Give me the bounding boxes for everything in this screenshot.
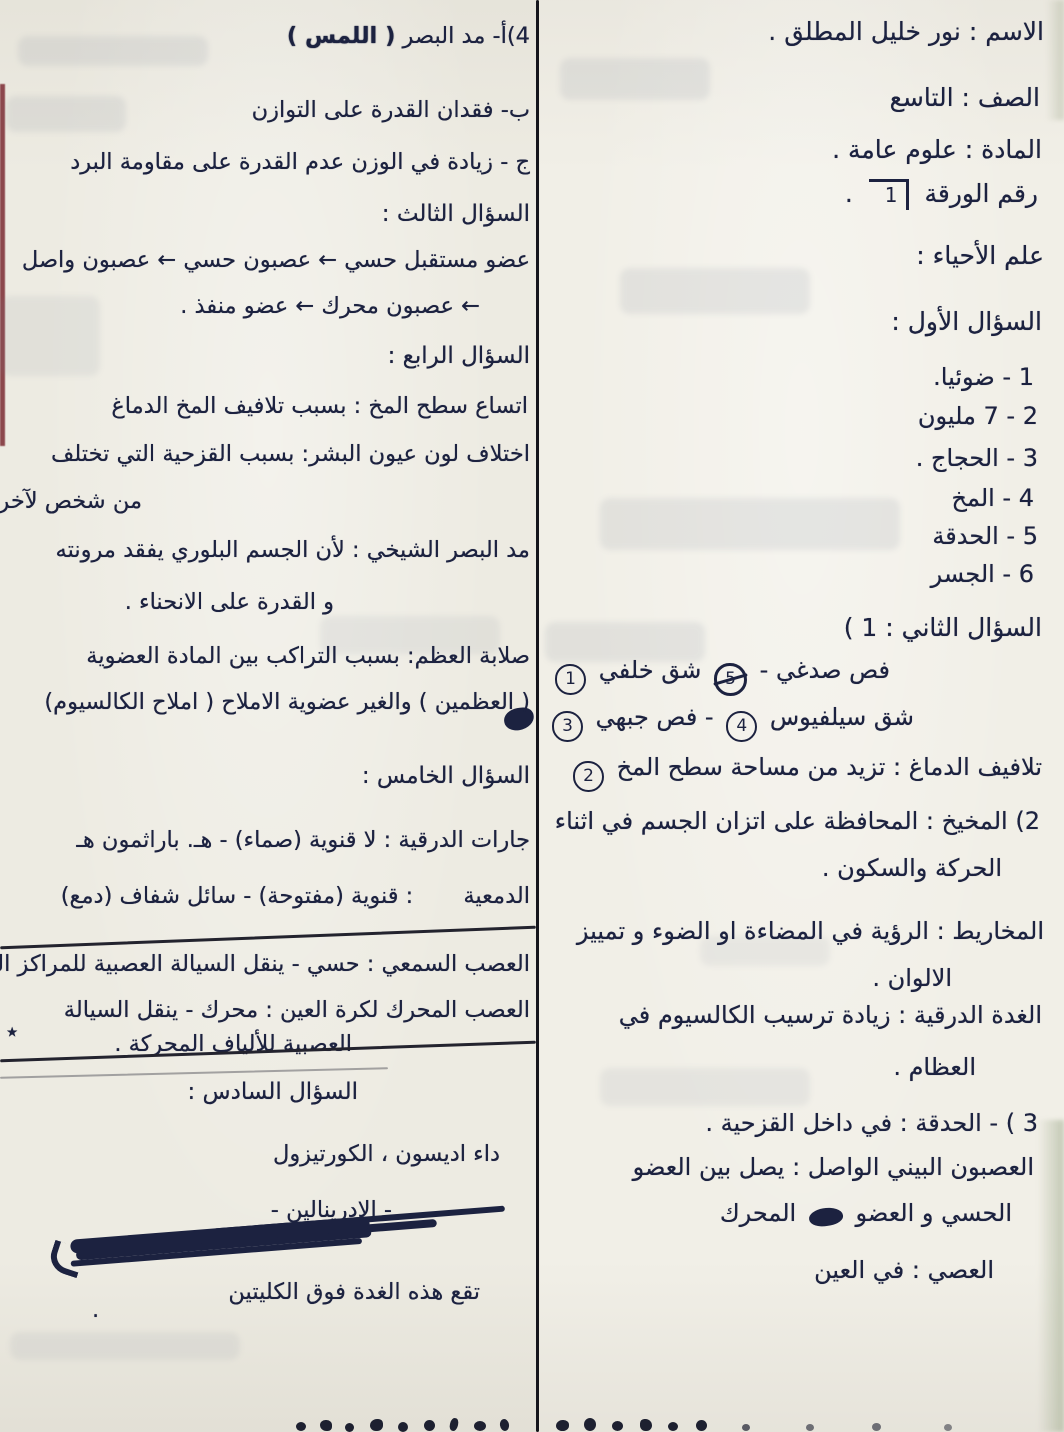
eye-color-answer-line-2: من شخص لآخر . [0, 487, 142, 515]
interneuron-answer-line-2: الحسي و العضو المحرك [720, 1198, 1012, 1228]
cut-off-glyph-fragment [742, 1424, 750, 1431]
cut-off-glyph-fragment [944, 1424, 952, 1431]
photo-shadow-bottom-right [1038, 1120, 1064, 1432]
cut-off-glyph-fragment [556, 1420, 569, 1431]
q2-matching-line-1: فص صدغي - 5 شق خلفي 1 [550, 655, 890, 696]
cerebellum-answer-line-2: الحركة والسكون . [822, 853, 1002, 883]
interneuron-answer-line-1: العصبون البيني الواصل : يصل بين العضو [633, 1152, 1034, 1182]
bleed-through-mark [6, 96, 126, 132]
q2-match-text: شق خلفي [599, 656, 702, 684]
cut-off-glyph-fragment [612, 1421, 623, 1431]
q2-match-text: شق سيلفيوس [770, 703, 914, 731]
presbyopia-answer-line-1: مد البصر الشيخي : لأن الجسم البلوري يفقد… [56, 536, 531, 564]
grade-line: الصف : التاسع [890, 82, 1040, 113]
paper-number-dot: . [845, 179, 853, 208]
question1-heading: السؤال الأول : [891, 306, 1042, 337]
paper-number-label: رقم الورقة [924, 179, 1038, 208]
circled-number-1: 1 [555, 664, 586, 695]
cut-off-glyph-fragment [296, 1422, 306, 1431]
bone-hardness-answer-line-1: صلابة العظم: بسبب التراكب بين المادة الع… [86, 642, 530, 670]
lacrimal-answer-line: الدمعية : قنوية (مفتوحة) - سائل شفاف (دم… [61, 882, 530, 910]
q1-answer-4: 4 - المخ [951, 483, 1034, 513]
paper-number-line: رقم الورقة 1 . [845, 178, 1038, 210]
q2-part4c-line: ج - زيادة في الوزن عدم القدرة على مقاومة… [70, 148, 530, 176]
question2-heading: السؤال الثاني : 1 ) [844, 612, 1042, 643]
q2-match-text: - فص جبهي [596, 703, 714, 731]
cut-off-glyph-fragment [806, 1424, 814, 1431]
q1-answer-6: 6 - الجسر [931, 559, 1034, 589]
notebook-red-edge [0, 84, 5, 446]
gland-location-answer-line: تقع هذه الغدة فوق الكليتين [228, 1278, 480, 1306]
cut-off-glyph-fragment [320, 1420, 332, 1431]
interneuron-text: المحرك [720, 1199, 796, 1227]
circled-number-4: 4 [726, 711, 757, 742]
q2-matching-line-2: شق سيلفيوس 4 - فص جبهي 3 [499, 702, 914, 742]
thyroid-answer-line-1: الغدة الدرقية : زيادة ترسيب الكالسيوم في [619, 1000, 1042, 1030]
cut-off-glyph-fragment [345, 1423, 354, 1432]
paper-number-value: 1 [869, 179, 909, 210]
bleed-through-mark [620, 268, 810, 314]
subject-line: المادة : علوم عامة . [832, 134, 1042, 165]
cut-off-glyph-fragment [424, 1420, 435, 1431]
brain-surface-answer: اتساع سطح المخ : بسبب تلافيف المخ الدماغ [111, 392, 528, 420]
parathyroid-answer-line: جارات الدرقية : لا قنوية (صماء) - هـ. با… [76, 826, 530, 854]
addison-answer-line: داء اديسون ، الكورتيزول [273, 1140, 500, 1168]
bleed-through-mark [10, 1332, 240, 1360]
reflex-arc-line-2: ← عصبون محرك ← عضو منفذ . [180, 292, 480, 320]
question6-heading: السؤال السادس : [187, 1078, 358, 1107]
q1-answer-5: 5 - الحدقة [932, 521, 1038, 551]
q2-part4a-line: 4)أ- مد البصر ( اللمس ) [287, 22, 530, 50]
circled-number-3: 3 [552, 711, 583, 742]
bleed-through-mark [560, 58, 710, 100]
cut-off-glyph-fragment [872, 1423, 881, 1431]
question5-heading: السؤال الخامس : [362, 762, 530, 791]
cut-off-glyph-fragment [668, 1422, 678, 1431]
cerebellum-answer-line-1: 2) المخيخ : المحافظة على اتزان الجسم في … [555, 806, 1040, 836]
bleed-through-mark [0, 296, 100, 376]
photo-shadow-top-right [1046, 0, 1064, 120]
cut-off-glyph-fragment [398, 1422, 408, 1432]
cones-answer-line-1: المخاريط : الرؤية في المضاءة او الضوء و … [577, 916, 1044, 946]
bleed-through-mark [18, 36, 208, 66]
circled-number-2: 2 [573, 761, 604, 792]
interneuron-text: الحسي و العضو [855, 1199, 1012, 1227]
bleed-through-mark [600, 1068, 810, 1106]
margin-star-mark: ٭ [6, 1018, 18, 1046]
q1-answer-3: 3 - الحجاج . [916, 443, 1038, 473]
q1-answer-2: 2 ‏- ‏7 مليون [918, 401, 1038, 431]
q2-part4a-text: 4)أ- مد البصر [403, 23, 530, 49]
rods-answer-line: العصي : في العين [814, 1255, 994, 1285]
q2-definition-convolutions: تلافيف الدماغ : تزيد من مساحة سطح المخ 2 [568, 752, 1042, 792]
cut-off-glyph-fragment [696, 1420, 707, 1431]
cut-off-glyph-fragment [370, 1419, 383, 1431]
reflex-arc-line-1: عضو مستقبل حسي ← عصبون حسي ← عصبون واصل [22, 246, 530, 274]
presbyopia-answer-line-2: و القدرة على الانحناء . [125, 588, 334, 616]
cut-off-glyph-fragment [640, 1419, 652, 1431]
circled-number-5-scribbled: 5 [714, 663, 747, 696]
cut-off-glyph-fragment [584, 1418, 596, 1431]
exam-answer-sheet-photo: الاسم : نور خليل المطلق . الصف : التاسع … [0, 0, 1064, 1432]
student-name-line: الاسم : نور خليل المطلق . [768, 16, 1044, 47]
bone-hardness-answer-line-2: ( العظمين ) والغير عضوية الاملاح ( املاح… [44, 688, 530, 716]
question4-heading: السؤال الرابع : [388, 342, 530, 371]
thyroid-answer-line-2: العظام . [893, 1052, 976, 1082]
sentence-end-dot: . [92, 1296, 99, 1324]
eye-color-answer-line-1: اختلاف لون عيون البشر: بسبب القزحية التي… [51, 440, 530, 468]
cut-off-glyph-fragment [474, 1421, 486, 1431]
auditory-nerve-answer-line: العصب السمعي : حسي - ينقل السيالة العصبي… [0, 950, 530, 978]
q2-part4a-paren-word: ( اللمس ) [287, 23, 395, 49]
ink-scribble-blob [808, 1205, 845, 1229]
oculomotor-nerve-answer-line-1: العصب المحرك لكرة العين : محرك - ينقل ال… [64, 996, 530, 1024]
bleed-through-mark [600, 498, 900, 550]
department-heading: علم الأحياء : [916, 240, 1044, 271]
cones-answer-line-2: الالوان . [872, 963, 952, 993]
q2-definition-text: تلافيف الدماغ : تزيد من مساحة سطح المخ [617, 753, 1042, 781]
question3-heading: السؤال الثالث : [382, 200, 530, 229]
q2-match-text: فص صدغي - [760, 656, 890, 684]
q2-part4b-line: ب- فقدان القدرة على التوازن [252, 96, 530, 124]
q1-answer-1: 1 - ضوئيا. [933, 362, 1034, 392]
pupil-answer-line: 3 ) - الحدقة : في داخل القزحية . [705, 1108, 1038, 1138]
